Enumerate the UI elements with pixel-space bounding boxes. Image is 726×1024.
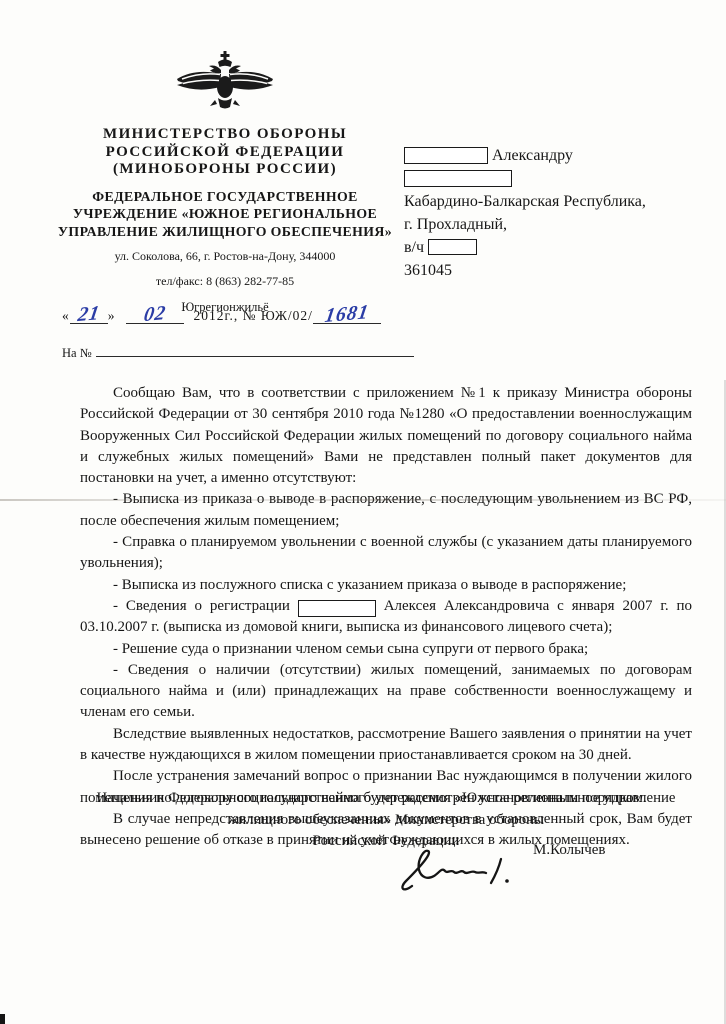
missing-doc-item: - Сведения о наличии (отсутствии) жилых … (80, 660, 692, 724)
institution-name: ФЕДЕРАЛЬНОЕ ГОСУДАРСТВЕННОЕ УЧРЕЖДЕНИЕ «… (52, 188, 398, 241)
institution-line: УЧРЕЖДЕНИЕ «ЮЖНОЕ РЕГИОНАЛЬНОЕ (52, 205, 398, 223)
recipient-military-unit-line: в/ч (404, 236, 714, 259)
ministry-line: (МИНОБОРОНЫ РОССИИ) (52, 161, 398, 179)
handwritten-number: 1681 (324, 305, 370, 323)
registration-item-prefix: - Сведения о регистрации (113, 598, 290, 614)
recipient-name-line: Александру (404, 144, 714, 167)
recipient-region: Кабардино-Балкарская Республика, (404, 190, 714, 213)
redaction-box-unit-number (428, 239, 477, 255)
recipient-city: г. Прохладный, (404, 213, 714, 236)
institution-line: ФЕДЕРАЛЬНОЕ ГОСУДАРСТВЕННОЕ (52, 188, 398, 206)
redaction-box-surname (404, 147, 488, 164)
outgoing-number-blank: 1681 (313, 306, 381, 324)
letter-body: Сообщаю Вам, что в соответствии с прилож… (80, 383, 692, 852)
body-paragraph-suspension: Вследствие выявленных недостатков, рассм… (80, 724, 692, 767)
recipient-postal-code: 361045 (404, 259, 714, 282)
ministry-name: МИНИСТЕРСТВО ОБОРОНЫ РОССИЙСКОЙ ФЕДЕРАЦИ… (52, 126, 398, 179)
recipient-block: Александру Кабардино-Балкарская Республи… (404, 144, 714, 282)
date-day-blank: 21 (70, 306, 108, 324)
redaction-box-registration-name (298, 600, 376, 617)
scan-corner-mark (0, 1014, 5, 1024)
handwritten-month: 02 (142, 306, 166, 322)
reference-date-line: «21»022012г., № ЮЖ/02/1681 (62, 306, 381, 324)
missing-doc-item: - Решение суда о признании членом семьи … (80, 639, 692, 660)
emblem-container (52, 50, 398, 120)
body-paragraph-intro: Сообщаю Вам, что в соответствии с прилож… (80, 383, 692, 489)
mod-double-eagle-emblem-icon (175, 50, 275, 118)
ministry-line: МИНИСТЕРСТВО ОБОРОНЫ (52, 126, 398, 144)
ministry-line: РОССИЙСКОЙ ФЕДЕРАЦИИ (52, 144, 398, 162)
handwritten-day: 21 (77, 306, 101, 322)
letterhead: МИНИСТЕРСТВО ОБОРОНЫ РОССИЙСКОЙ ФЕДЕРАЦИ… (52, 50, 398, 315)
missing-doc-item: - Выписка из приказа о выводе в распоряж… (80, 489, 692, 532)
printed-year-number: 2012г., № ЮЖ/02/ (194, 308, 313, 323)
open-quote: « (62, 308, 70, 323)
missing-doc-item: - Справка о планируемом увольнении с вое… (80, 532, 692, 575)
reply-to-line: На № (62, 343, 414, 361)
recipient-first-name: Александру (492, 147, 573, 164)
missing-doc-item: - Выписка из послужного списка с указани… (80, 575, 692, 596)
handwritten-signature (398, 846, 538, 898)
military-unit-label: в/ч (404, 239, 424, 256)
close-quote: » (108, 308, 116, 323)
reply-to-blank (96, 343, 414, 357)
scanned-letter-page: МИНИСТЕРСТВО ОБОРОНЫ РОССИЙСКОЙ ФЕДЕРАЦИ… (0, 0, 726, 1024)
missing-doc-item-registration: - Сведения о регистрации Алексея Алексан… (80, 596, 692, 639)
signer-title-line: Начальник Федерального государственного … (80, 788, 692, 810)
paper-crease-line (0, 499, 726, 501)
letterhead-phone: тел/факс: 8 (863) 282-77-85 (52, 274, 398, 289)
institution-line: УПРАВЛЕНИЕ ЖИЛИЩНОГО ОБЕСПЕЧЕНИЯ» (52, 223, 398, 241)
signer-title-line: жилищного обеспечения» Министерства обор… (80, 810, 692, 832)
redaction-box-address (404, 170, 512, 187)
recipient-redacted-line (404, 167, 714, 190)
date-month-blank: 02 (126, 306, 184, 324)
signer-name: М.Колычев (533, 842, 606, 859)
letterhead-address: ул. Соколова, 66, г. Ростов-на-Дону, 344… (52, 249, 398, 264)
reply-to-label: На № (62, 346, 92, 360)
